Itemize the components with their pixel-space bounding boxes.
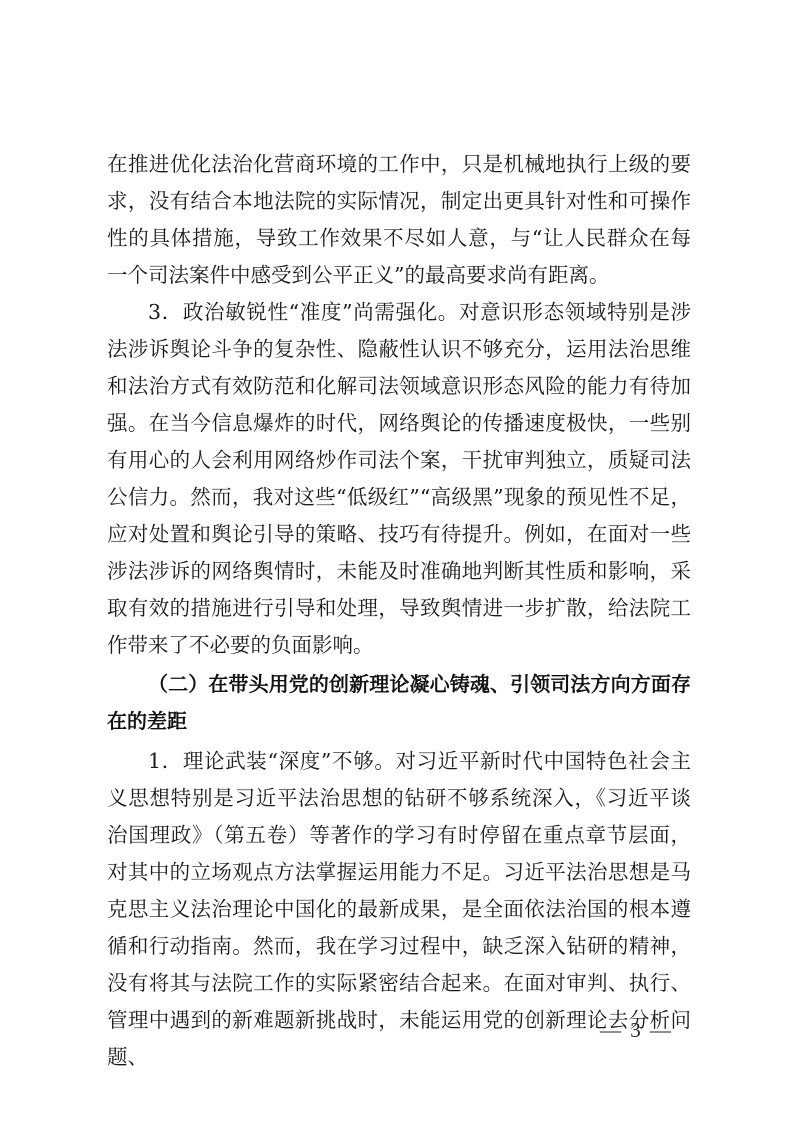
paragraph-continuation: 在推进优化法治化营商环境的工作中，只是机械地执行上级的要求，没有结合本地法院的实… [107, 146, 691, 294]
section-heading-2: （二）在带头用党的创新理论凝心铸魂、引领司法方向方面存在的差距 [107, 666, 691, 740]
page-number: — 3 — [600, 1018, 673, 1043]
paragraph-political-sensitivity: 3．政治敏锐性“准度”尚需强化。对意识形态领域特别是涉法涉诉舆论斗争的复杂性、隐… [107, 294, 691, 664]
document-page: 在推进优化法治化营商环境的工作中，只是机械地执行上级的要求，没有结合本地法院的实… [107, 146, 691, 1076]
